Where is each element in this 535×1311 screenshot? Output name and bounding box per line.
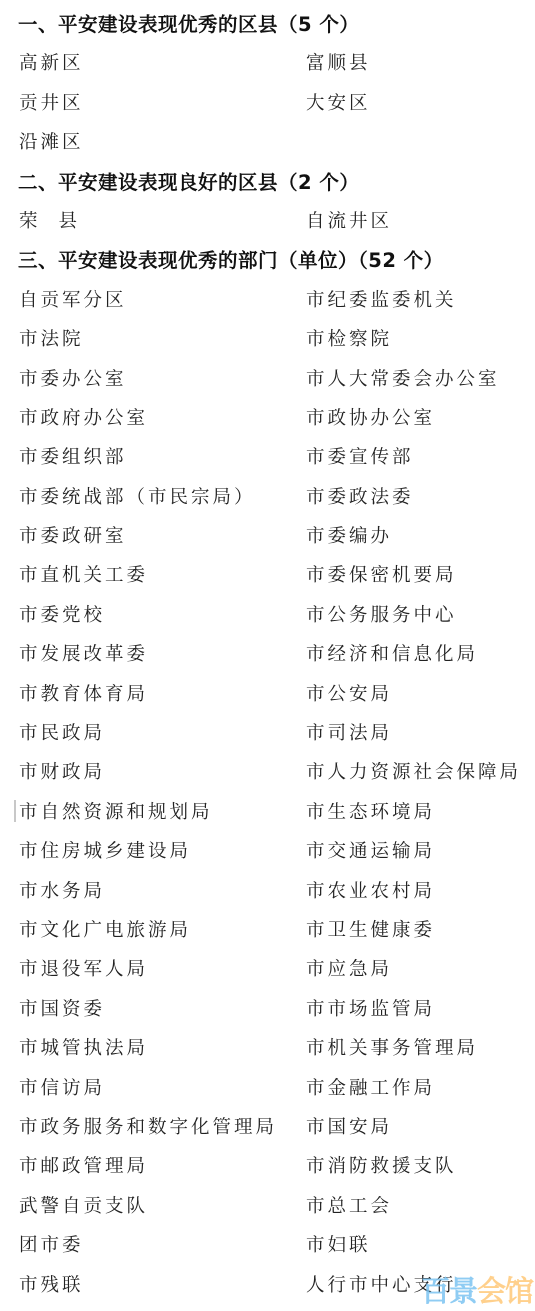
list-row: 市自然资源和规划局市生态环境局: [0, 793, 535, 832]
list-item: 高新区: [19, 44, 84, 83]
list-item: 市生态环境局: [306, 793, 435, 832]
list-item: 大安区: [306, 84, 371, 123]
list-item: 市直机关工委: [19, 556, 148, 595]
list-row: 市委党校市公务服务中心: [0, 596, 535, 635]
list-item: 沿滩区: [19, 123, 84, 162]
list-item: 市消防救援支队: [306, 1147, 457, 1186]
list-item: 人行市中心支行: [306, 1266, 457, 1305]
list-row: 市邮政管理局市消防救援支队: [0, 1147, 535, 1186]
list-item: 市政协办公室: [306, 399, 435, 438]
list-item: 市人大常委会办公室: [306, 360, 500, 399]
list-item: 市委政研室: [19, 517, 127, 556]
list-item: 市委宣传部: [306, 438, 414, 477]
list-item: 市法院: [19, 320, 84, 359]
list-item: 市人力资源社会保障局: [306, 753, 521, 792]
list-row: 市法院市检察院: [0, 320, 535, 359]
list-row: 市城管执法局市机关事务管理局: [0, 1029, 535, 1068]
list-row: 市退役军人局市应急局: [0, 950, 535, 989]
list-item: 市城管执法局: [19, 1029, 148, 1068]
list-item: 市公务服务中心: [306, 596, 457, 635]
list-item: 市政务服务和数字化管理局: [19, 1108, 277, 1147]
list-item: 市信访局: [19, 1069, 105, 1108]
list-item: 市退役军人局: [19, 950, 148, 989]
document-body: 一、平安建设表现优秀的区县（5 个） 高新区 富顺县 贡井区 大安区 沿滩区 二…: [0, 5, 535, 1305]
list-item: 市市场监管局: [306, 990, 435, 1029]
list-row: 沿滩区: [0, 123, 535, 162]
list-row: 市委统战部（市民宗局）市委政法委: [0, 478, 535, 517]
list-item: 富顺县: [306, 44, 371, 83]
list-item: 市总工会: [306, 1187, 392, 1226]
list-item: 市委政法委: [306, 478, 414, 517]
list-item: 贡井区: [19, 84, 84, 123]
list-item: 市委党校: [19, 596, 105, 635]
list-item: 市政府办公室: [19, 399, 148, 438]
list-item: 市民政局: [19, 714, 105, 753]
list-row: 市民政局市司法局: [0, 714, 535, 753]
list-item: 武警自贡支队: [19, 1187, 148, 1226]
list-item: 市农业农村局: [306, 872, 435, 911]
list-item: 市金融工作局: [306, 1069, 435, 1108]
list-item: 市司法局: [306, 714, 392, 753]
section-heading-1: 一、平安建设表现优秀的区县（5 个）: [0, 5, 535, 44]
list-item: 市委组织部: [19, 438, 127, 477]
list-row: 市信访局市金融工作局: [0, 1069, 535, 1108]
list-row: 高新区 富顺县: [0, 44, 535, 83]
list-item: 市委统战部（市民宗局）: [19, 478, 256, 517]
list-row: 市政务服务和数字化管理局市国安局: [0, 1108, 535, 1147]
list-row: 市委办公室市人大常委会办公室: [0, 360, 535, 399]
list-item: 市委编办: [306, 517, 392, 556]
list-item: 市水务局: [19, 872, 105, 911]
list-row: 市委政研室市委编办: [0, 517, 535, 556]
list-item: 团市委: [19, 1226, 84, 1265]
list-item: 市邮政管理局: [19, 1147, 148, 1186]
list-item: 市发展改革委: [19, 635, 148, 674]
list-row: 荣县 自流井区: [0, 202, 535, 241]
list-item: 市经济和信息化局: [306, 635, 478, 674]
list-row: 市委组织部市委宣传部: [0, 438, 535, 477]
list-row: 市政府办公室市政协办公室: [0, 399, 535, 438]
list-item: 市检察院: [306, 320, 392, 359]
list-item: 市应急局: [306, 950, 392, 989]
list-row: 市文化广电旅游局市卫生健康委: [0, 911, 535, 950]
list-row: 市教育体育局市公安局: [0, 675, 535, 714]
section-heading-3: 三、平安建设表现优秀的部门（单位）（52 个）: [0, 241, 535, 280]
list-item: 市国资委: [19, 990, 105, 1029]
list-item: 市交通运输局: [306, 832, 435, 871]
list-row: 市财政局市人力资源社会保障局: [0, 753, 535, 792]
list-item: 市公安局: [306, 675, 392, 714]
list-row: 团市委市妇联: [0, 1226, 535, 1265]
list-row: 市住房城乡建设局市交通运输局: [0, 832, 535, 871]
list-item: 市妇联: [306, 1226, 371, 1265]
list-item: 荣县: [19, 202, 98, 241]
list-item: 市财政局: [19, 753, 105, 792]
list-item: 市卫生健康委: [306, 911, 435, 950]
list-item: 市自然资源和规划局: [19, 793, 213, 832]
list-row: 市直机关工委市委保密机要局: [0, 556, 535, 595]
list-item: 市住房城乡建设局: [19, 832, 191, 871]
list-item: 市残联: [19, 1266, 84, 1305]
section-heading-2: 二、平安建设表现良好的区县（2 个）: [0, 163, 535, 202]
list-row: 贡井区 大安区: [0, 84, 535, 123]
list-item: 市国安局: [306, 1108, 392, 1147]
list-row: 市发展改革委市经济和信息化局: [0, 635, 535, 674]
list-item: 市委办公室: [19, 360, 127, 399]
list-item: 市纪委监委机关: [306, 281, 457, 320]
list-row: 市国资委市市场监管局: [0, 990, 535, 1029]
list-row: 武警自贡支队市总工会: [0, 1187, 535, 1226]
list-item: 自贡军分区: [19, 281, 127, 320]
list-item: 市委保密机要局: [306, 556, 457, 595]
list-row: 自贡军分区市纪委监委机关: [0, 281, 535, 320]
list-item: 市文化广电旅游局: [19, 911, 191, 950]
list-row: 市残联人行市中心支行: [0, 1266, 535, 1305]
list-row: 市水务局市农业农村局: [0, 872, 535, 911]
list-item: 市教育体育局: [19, 675, 148, 714]
list-item: 市机关事务管理局: [306, 1029, 478, 1068]
list-item: 自流井区: [306, 202, 392, 241]
text-cursor-mark: [14, 800, 16, 822]
